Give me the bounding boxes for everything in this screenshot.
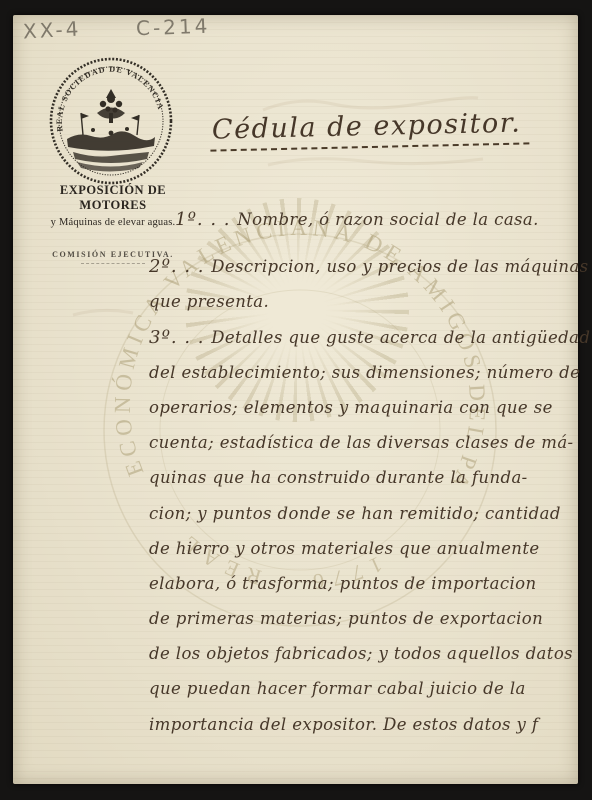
manuscript-line: del establecimiento; sus dimensiones; nú… (149, 358, 579, 393)
manuscript-text: de primeras materias; puntos de exportac… (149, 609, 543, 628)
archival-mark-left: XX-4 (22, 16, 82, 43)
document-title: Cédula de expositor. (210, 107, 530, 151)
seal-emblem-icon (67, 89, 155, 172)
item-number: 1º. . . (175, 209, 237, 230)
document-page: ECONÓMICA VALENCIANA DE AMIGOS DEL PAÍS … (13, 15, 578, 784)
manuscript-text: del establecimiento; sus dimensiones; nú… (149, 363, 580, 382)
manuscript-line: importancia del expositor. De estos dato… (149, 710, 579, 745)
manuscript-line: de hierro y otros materiales que anualme… (149, 534, 579, 569)
manuscript-text: que presenta. (149, 292, 269, 311)
manuscript-line: cion; y puntos donde se han remitido; ca… (149, 499, 579, 534)
manuscript-text: elabora, ó trasforma; puntos de importac… (149, 574, 537, 593)
manuscript-line: cuenta; estadística de las diversas clas… (149, 428, 579, 463)
manuscript-line: elabora, ó trasforma; puntos de importac… (149, 569, 579, 604)
manuscript-line: 3º. . . Detalles que guste acerca de la … (149, 323, 579, 358)
item-number: 2º. . . (149, 256, 211, 277)
manuscript-line: de los objetos fabricados; y todos aquel… (149, 639, 579, 674)
manuscript-line: que presenta. (149, 287, 579, 322)
manuscript-text: importancia del expositor. De estos dato… (149, 715, 538, 734)
manuscript-text: de hierro y otros materiales que anualme… (149, 539, 540, 558)
manuscript-line: quinas que ha construido durante la fund… (149, 463, 579, 498)
item-number: 3º. . . (149, 327, 211, 348)
manuscript-text: Nombre, ó razon social de la casa. (237, 210, 539, 229)
manuscript-line: de primeras materias; puntos de exportac… (149, 604, 579, 639)
manuscript-text: Detalles que guste acerca de la antigüed… (211, 328, 590, 347)
manuscript-text: cion; y puntos donde se han remitido; ca… (149, 504, 561, 523)
manuscript-text: operarios; elementos y maquinaria con qu… (149, 398, 553, 417)
archival-mark-right: C-214 (136, 14, 211, 41)
manuscript-text: de los objetos fabricados; y todos aquel… (149, 644, 573, 663)
manuscript-line: operarios; elementos y maquinaria con qu… (149, 393, 579, 428)
manuscript-body: 1º. . . Nombre, ó razon social de la cas… (149, 205, 579, 745)
manuscript-text: cuenta; estadística de las diversas clas… (149, 433, 574, 452)
manuscript-text: quinas que ha construido durante la fund… (149, 468, 528, 487)
manuscript-line: 1º. . . Nombre, ó razon social de la cas… (149, 205, 579, 240)
manuscript-text: Descripcion, uso y precios de las máquin… (211, 257, 588, 276)
letterhead-fineprint (81, 263, 145, 267)
manuscript-line: 2º. . . Descripcion, uso y precios de la… (149, 252, 579, 287)
manuscript-line: que puedan hacer formar cabal juicio de … (149, 674, 579, 709)
scanned-document-photo: { "colors": { "background": "#151413", "… (0, 0, 592, 800)
manuscript-text: que puedan hacer formar cabal juicio de … (149, 679, 526, 698)
society-seal: REAL SOCIEDAD DE VALENCIA (47, 55, 175, 187)
